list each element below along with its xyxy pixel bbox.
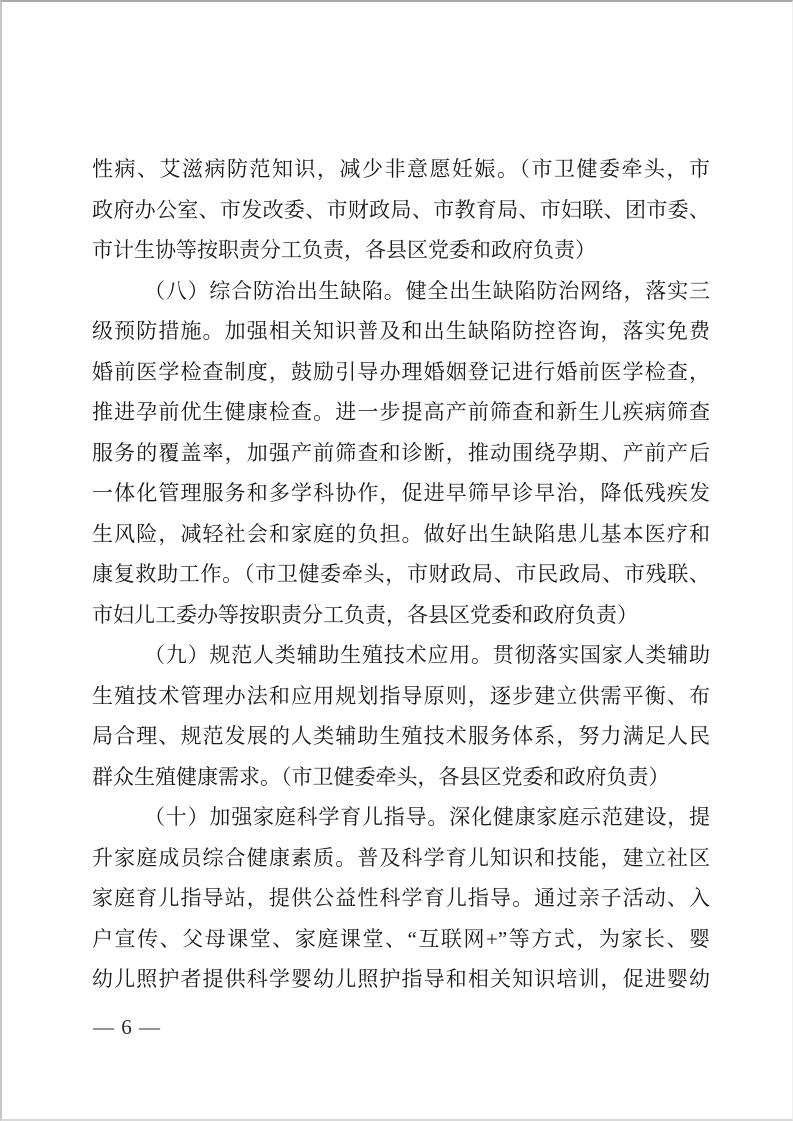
- text-line: （十）加强家庭科学育儿指导。深化健康家庭示范建设，提: [92, 797, 710, 838]
- paragraph: （八）综合防治出生缺陷。健全出生缺陷防治网络，落实三级预防措施。加强相关知识普及…: [92, 271, 710, 636]
- text-line: 级预防措施。加强相关知识普及和出生缺陷防控咨询，落实免费: [92, 311, 710, 352]
- page-number: — 6 —: [93, 1015, 161, 1039]
- text-line: 一体化管理服务和多学科协作，促进早筛早诊早治，降低残疾发: [92, 473, 710, 514]
- document-body: 性病、艾滋病防范知识，减少非意愿妊娠。（市卫健委牵头，市政府办公室、市发改委、市…: [92, 149, 710, 1000]
- text-line: 性病、艾滋病防范知识，减少非意愿妊娠。（市卫健委牵头，市: [92, 149, 710, 190]
- text-line: 推进孕前优生健康检查。进一步提高产前筛查和新生儿疾病筛查: [92, 392, 710, 433]
- text-line: 升家庭成员综合健康素质。普及科学育儿知识和技能，建立社区: [92, 838, 710, 879]
- text-line: 服务的覆盖率，加强产前筛查和诊断，推动围绕孕期、产前产后: [92, 433, 710, 474]
- text-line: 生风险，减轻社会和家庭的负担。做好出生缺陷患儿基本医疗和: [92, 514, 710, 555]
- text-line: 政府办公室、市发改委、市财政局、市教育局、市妇联、团市委、: [92, 190, 710, 231]
- text-line: 家庭育儿指导站，提供公益性科学育儿指导。通过亲子活动、入: [92, 878, 710, 919]
- text-line: 康复救助工作。（市卫健委牵头，市财政局、市民政局、市残联、: [92, 554, 710, 595]
- text-line: 市计生协等按职责分工负责，各县区党委和政府负责）: [92, 230, 710, 271]
- page-footer: — 6 —: [93, 1012, 161, 1042]
- text-line: （八）综合防治出生缺陷。健全出生缺陷防治网络，落实三: [92, 271, 710, 312]
- document-page: 性病、艾滋病防范知识，减少非意愿妊娠。（市卫健委牵头，市政府办公室、市发改委、市…: [0, 0, 793, 1121]
- text-line: 局合理、规范发展的人类辅助生殖技术服务体系，努力满足人民: [92, 716, 710, 757]
- paragraph: （十）加强家庭科学育儿指导。深化健康家庭示范建设，提升家庭成员综合健康素质。普及…: [92, 797, 710, 1000]
- text-line: 群众生殖健康需求。（市卫健委牵头，各县区党委和政府负责）: [92, 757, 710, 798]
- text-line: （九）规范人类辅助生殖技术应用。贯彻落实国家人类辅助: [92, 635, 710, 676]
- paragraph: 性病、艾滋病防范知识，减少非意愿妊娠。（市卫健委牵头，市政府办公室、市发改委、市…: [92, 149, 710, 271]
- text-line: 幼儿照护者提供科学婴幼儿照护指导和相关知识培训，促进婴幼: [92, 959, 710, 1000]
- text-line: 户宣传、父母课堂、家庭课堂、“互联网+”等方式，为家长、婴: [92, 919, 710, 960]
- text-line: 市妇儿工委办等按职责分工负责，各县区党委和政府负责）: [92, 595, 710, 636]
- paragraph: （九）规范人类辅助生殖技术应用。贯彻落实国家人类辅助生殖技术管理办法和应用规划指…: [92, 635, 710, 797]
- text-line: 生殖技术管理办法和应用规划指导原则，逐步建立供需平衡、布: [92, 676, 710, 717]
- text-line: 婚前医学检查制度，鼓励引导办理婚姻登记进行婚前医学检查，: [92, 352, 710, 393]
